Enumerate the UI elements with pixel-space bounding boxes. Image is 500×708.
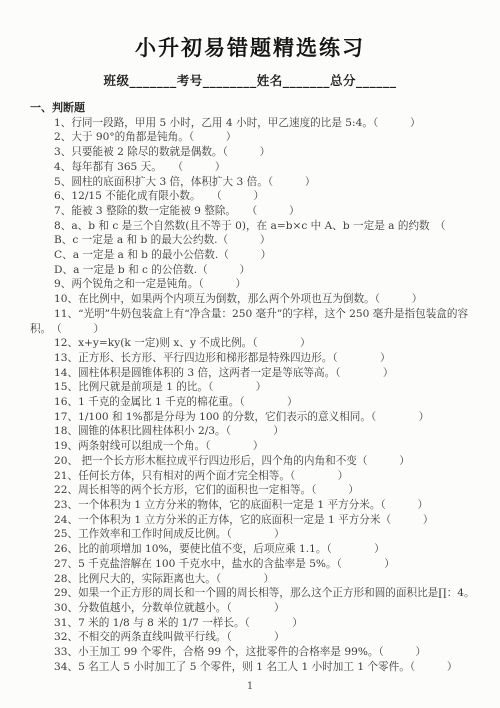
question-line: 4、每年都有 365 天。 （ ） <box>30 160 474 175</box>
question-line: 25、工作效率和工作时间成反比例。（ ） <box>30 527 474 542</box>
question-line: 21、任何长方体，只有相对的两个面才完全相等。（ ） <box>30 469 474 484</box>
question-line: 10、在比例中，如果两个内项互为倒数，那么两个外项也互为倒数。（ ） <box>30 292 474 307</box>
question-line: 32、不相交的两条直线叫做平行线。（ ） <box>30 630 474 645</box>
question-line: 6、12/15 不能化成有限小数。 （ ） <box>30 189 474 204</box>
question-line: 7、能被 3 整除的数一定能被 9 整除。 （ ） <box>30 204 474 219</box>
question-line: 22、周长相等的两个长方形，它们的面积也一定相等。（ ） <box>30 483 474 498</box>
question-line: 16、1 千克的金属比 1 千克的棉花重。（ ） <box>30 395 474 410</box>
question-line: 8、a、b 和 c 是三个自然数(且不等于 0)，在 a=b×c 中 A、b 一… <box>30 219 474 234</box>
question-line: 14、圆柱体积是圆锥体积的 3 倍，这两者一定是等底等高。（ ） <box>30 366 474 381</box>
question-line: 17、1/100 和 1%都是分母为 100 的分数，它们表示的意义相同。（ ） <box>30 410 474 425</box>
question-line: 20、 把一个长方形木框拉成平行四边形后，四个角的内角和不变（ ） <box>30 454 474 469</box>
question-list: 一、判断题 1、行同一段路，甲用 5 小时，乙用 4 小时，甲乙速度的比是 5:… <box>30 101 474 674</box>
question-line: D、a 一定是 b 和 c 的公倍数.（ ） <box>30 263 474 278</box>
question-line: 11、“光明”牛奶包装盒上有“净含量：250 毫升”的字样，这个 250 毫升是… <box>30 307 474 322</box>
question-line: 33、小王加工 99 个零件，合格 99 个，这批零件的合格率是 99%。（ ） <box>30 645 474 660</box>
question-line: 13、正方形、长方形、平行四边形和梯形都是特殊四边形。（ ） <box>30 351 474 366</box>
question-rows: 1、行同一段路，甲用 5 小时，乙用 4 小时，甲乙速度的比是 5:4。（ ）2… <box>30 116 474 675</box>
page-title: 小升初易错题精选练习 <box>0 0 500 62</box>
question-line: 3、只要能被 2 除尽的数就是偶数。（ ） <box>30 145 474 160</box>
question-line: C、a 一定是 a 和 b 的最小公倍数.（ ） <box>30 248 474 263</box>
question-line: 26、比的前项增加 10%，要使比值不变，后项应乘 1.1。（ ） <box>30 542 474 557</box>
question-line: 5、圆柱的底面积扩大 3 倍，体积扩大 3 倍。（ ） <box>30 175 474 190</box>
question-line: 18、圆锥的体积比圆柱体积小 2/3。（ ） <box>30 424 474 439</box>
question-line: B、c 一定是 a 和 b 的最大公约数.（ ） <box>30 233 474 248</box>
question-line: 23、一个体积为 1 立方分米的物体，它的底面积一定是 1 平方分米。（ ） <box>30 498 474 513</box>
question-line: 30、分数值越小，分数单位就越小。（ ） <box>30 601 474 616</box>
worksheet-page: 小升初易错题精选练习 班级_______考号________姓名_______总… <box>0 0 500 708</box>
student-info-line: 班级_______考号________姓名_______总分______ <box>0 71 500 89</box>
question-line: 积。 （ ） <box>30 322 474 337</box>
question-line: 9、两个锐角之和一定是钝角。（ ） <box>30 277 474 292</box>
question-line: 24、一个体积为 1 立方分米的正方体，它的底面积一定是 1 平方分米（ ） <box>30 513 474 528</box>
question-line: 31、7 米的 1/8 与 8 米的 1/7 一样长。（ ） <box>30 616 474 631</box>
question-line: 12、x+y=ky(k 一定)则 x、y 不成比例。（ ） <box>30 336 474 351</box>
question-line: 1、行同一段路，甲用 5 小时，乙用 4 小时，甲乙速度的比是 5:4。（ ） <box>30 116 474 131</box>
question-line: 2、大于 90°的角都是钝角。（ ） <box>30 130 474 145</box>
question-line: 28、比例尺大的，实际距离也大。（ ） <box>30 572 474 587</box>
page-number: 1 <box>0 681 500 692</box>
question-line: 27、5 千克盐溶解在 100 千克水中，盐水的含盐率是 5%。（ ） <box>30 557 474 572</box>
question-line: 19、两条射线可以组成一个角。（ ） <box>30 439 474 454</box>
question-line: 15、比例尺就是前项是 1 的比。（ ） <box>30 380 474 395</box>
question-line: 29、如果一个正方形的周长和一个圆的周长相等，那么这个正方形和圆的面积比是∏：4… <box>30 586 474 601</box>
section-heading: 一、判断题 <box>30 101 474 116</box>
question-line: 34、5 名工人 5 小时加工了 5 个零件，则 1 名工人 1 小时加工 1 … <box>30 660 474 675</box>
